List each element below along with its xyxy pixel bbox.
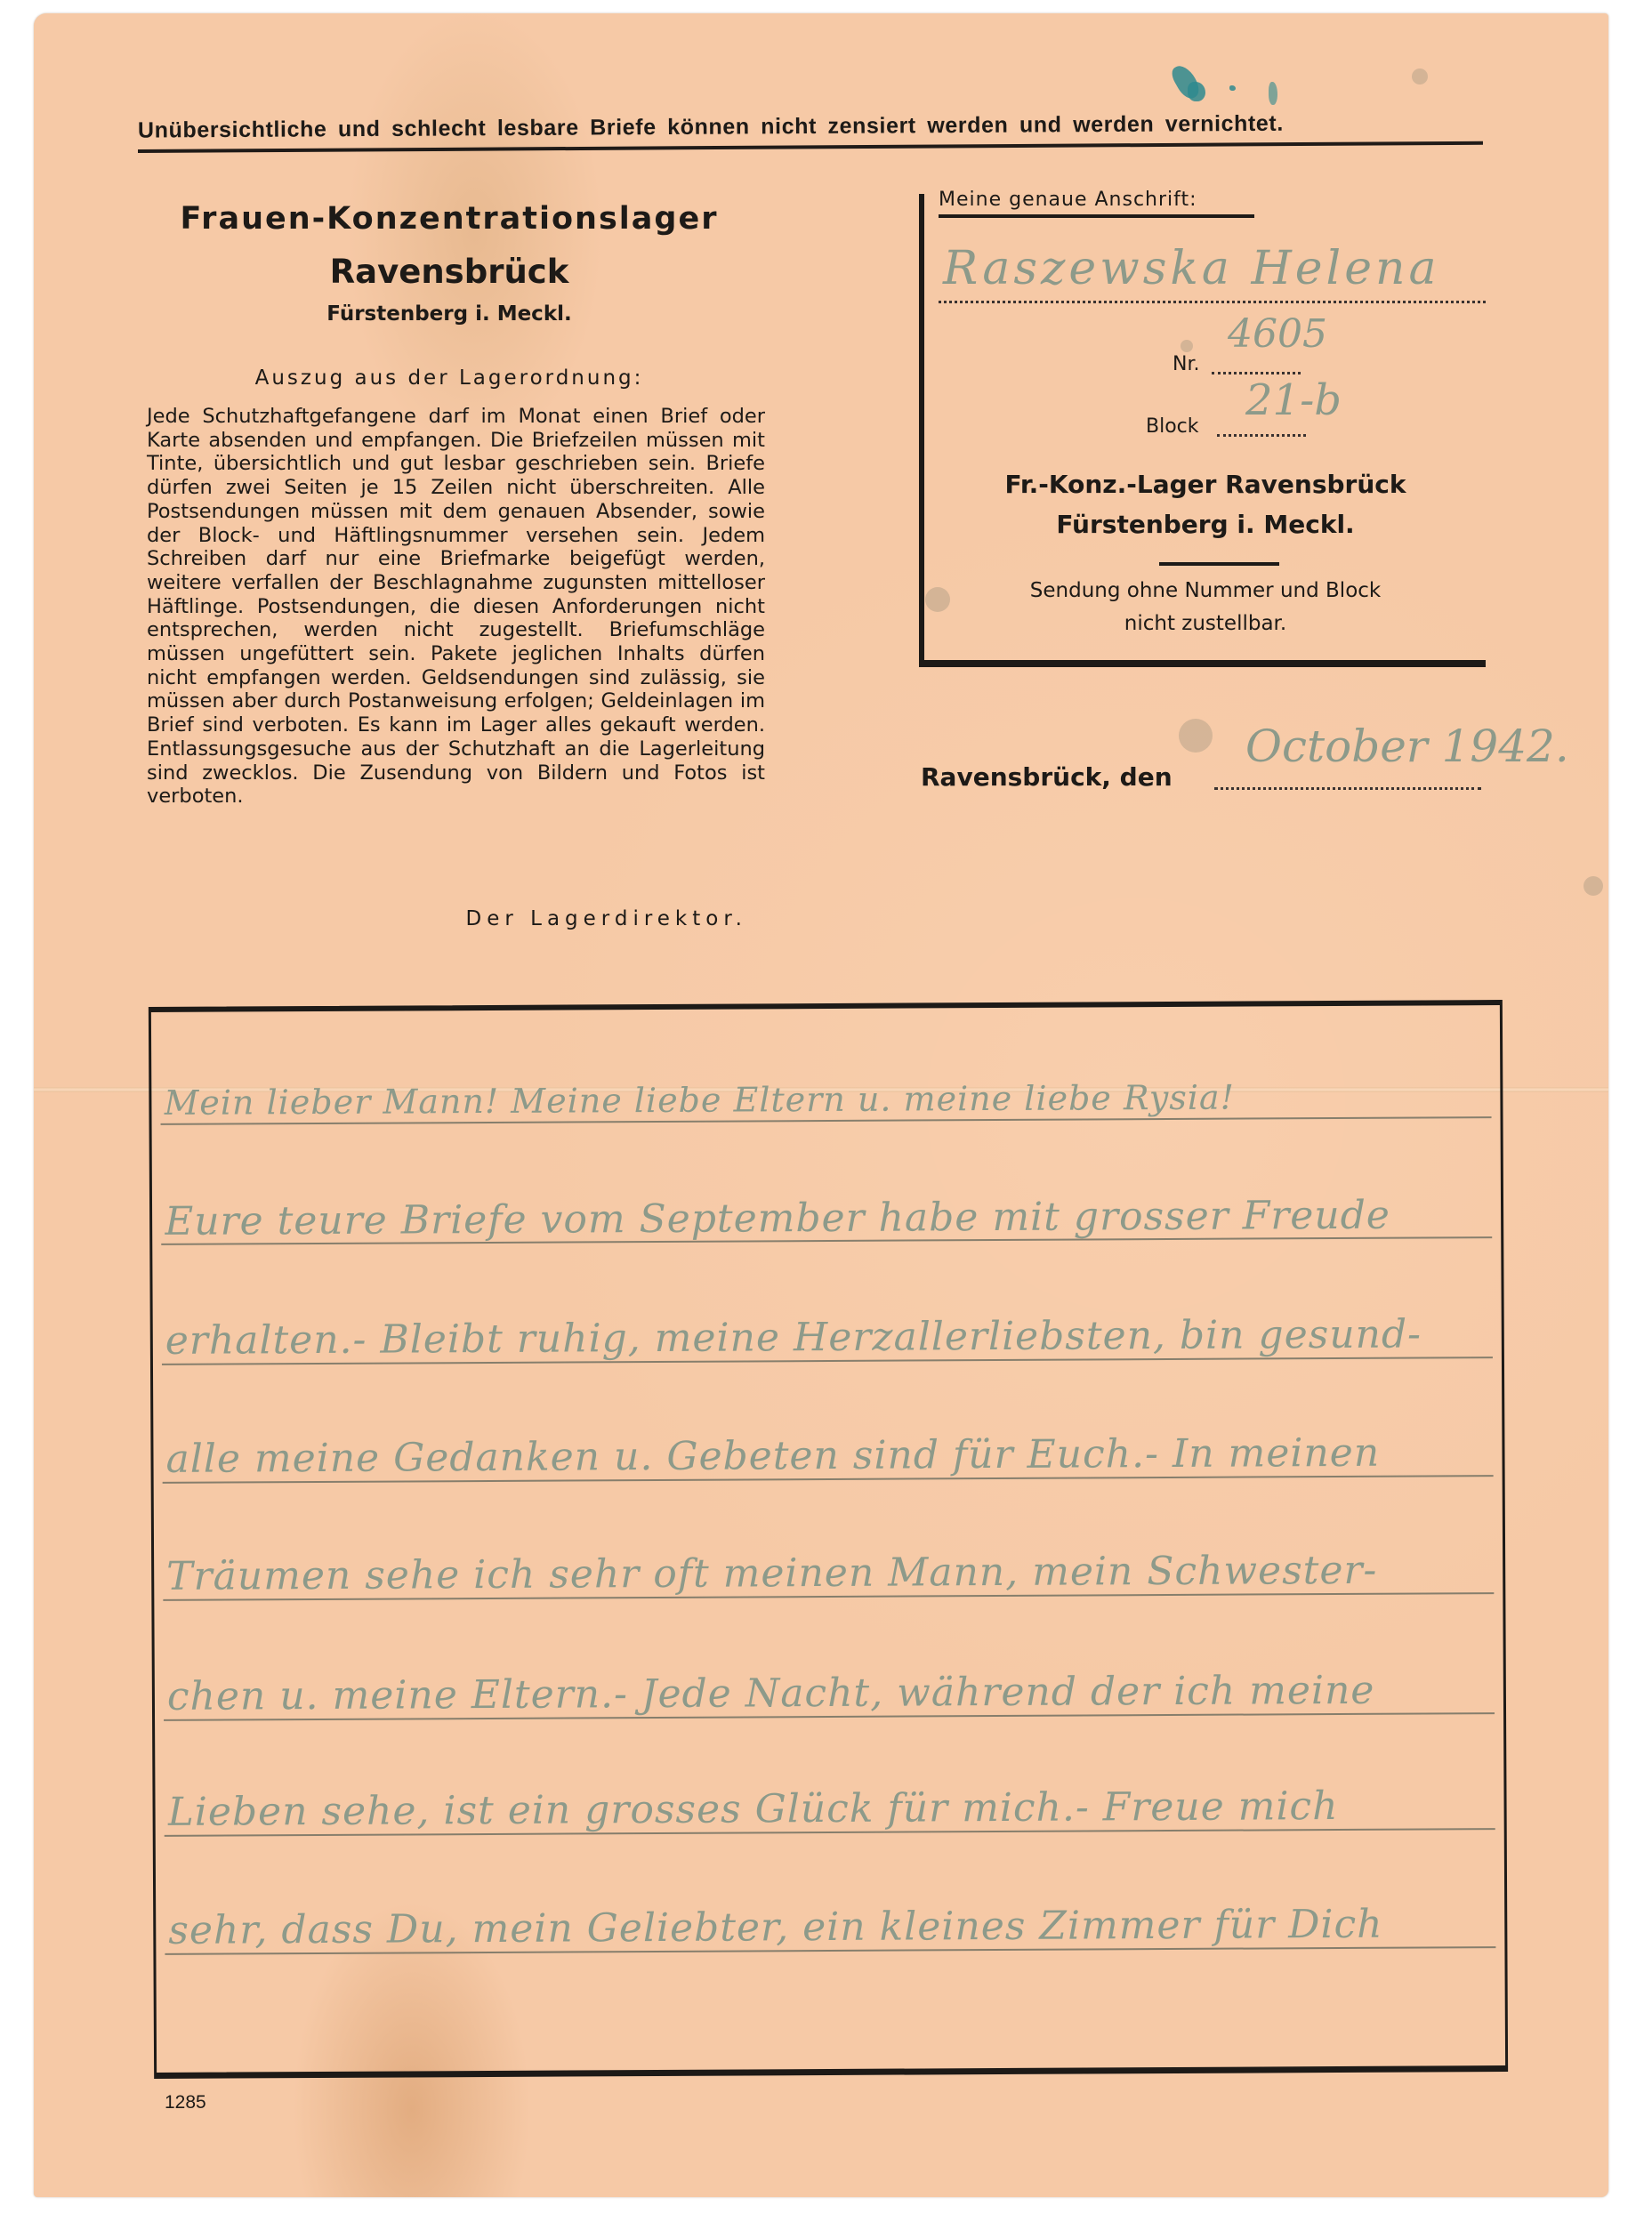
letter-line: erhalten.- Bleibt ruhig, meine Herzaller… <box>165 1312 1491 1364</box>
letter-line: chen u. meine Eltern.- Jede Nacht, währe… <box>167 1668 1493 1719</box>
letter-line: sehr, dass Du, mein Geliebter, ein klein… <box>168 1902 1494 1953</box>
date-value: October 1942. <box>1245 721 1569 772</box>
camp-address-line2: Fürstenberg i. Meckl. <box>925 510 1486 539</box>
censor-stamp-mark <box>1269 82 1277 105</box>
delivery-note-line1: Sendung ohne Nummer und Block <box>925 579 1486 602</box>
number-label: Nr. <box>1173 353 1199 375</box>
prisoner-number: 4605 <box>1228 311 1327 357</box>
rules-heading: Auszug aus der Lagerordnung: <box>138 366 761 390</box>
date-label: Ravensbrück, den <box>921 762 1173 792</box>
number-dotted-line <box>1212 372 1301 374</box>
address-box-border <box>919 194 924 667</box>
letter-line: Eure teure Briefe vom September habe mit… <box>165 1193 1490 1244</box>
letter-line: Lieben sehe, ist ein grosses Glück für m… <box>167 1783 1493 1835</box>
director-signature: Der Lagerdirektor. <box>356 907 747 930</box>
block-dotted-line <box>1217 434 1306 437</box>
letter-writing-area: Mein lieber Mann! Meine liebe Eltern u. … <box>149 1000 1508 2079</box>
censor-stamp-mark <box>1229 85 1236 91</box>
stain <box>1412 68 1428 85</box>
address-heading-underline <box>939 214 1254 218</box>
stain <box>1181 340 1193 352</box>
address-separator <box>1159 562 1279 566</box>
form-number: 1285 <box>165 2092 206 2113</box>
letter-line: Mein lieber Mann! Meine liebe Eltern u. … <box>164 1074 1489 1125</box>
name-dotted-line <box>939 301 1486 303</box>
rules-body: Jede Schutzhaftgefangene darf im Monat e… <box>147 405 765 809</box>
camp-city: Fürstenberg i. Meckl. <box>138 302 761 326</box>
date-dotted-line <box>1214 787 1481 790</box>
block-number: 21-b <box>1245 375 1342 425</box>
censor-stamp-mark <box>1188 82 1205 101</box>
camp-name: Ravensbrück <box>138 253 761 291</box>
letter-line: Träumen sehe ich sehr oft meinen Mann, m… <box>166 1548 1492 1599</box>
stain <box>1179 719 1213 753</box>
sender-name: Raszewska Helena <box>943 242 1439 295</box>
camp-address-line1: Fr.-Konz.-Lager Ravensbrück <box>925 470 1486 499</box>
letter-line: alle meine Gedanken u. Gebeten sind für … <box>165 1430 1491 1482</box>
address-box-bottom-border <box>919 660 1486 667</box>
delivery-note-line2: nicht zustellbar. <box>925 612 1486 635</box>
block-label: Block <box>1146 415 1199 438</box>
camp-title: Frauen-Konzentrationslager <box>138 201 761 237</box>
stain <box>1584 876 1603 896</box>
address-heading: Meine genaue Anschrift: <box>939 189 1197 211</box>
